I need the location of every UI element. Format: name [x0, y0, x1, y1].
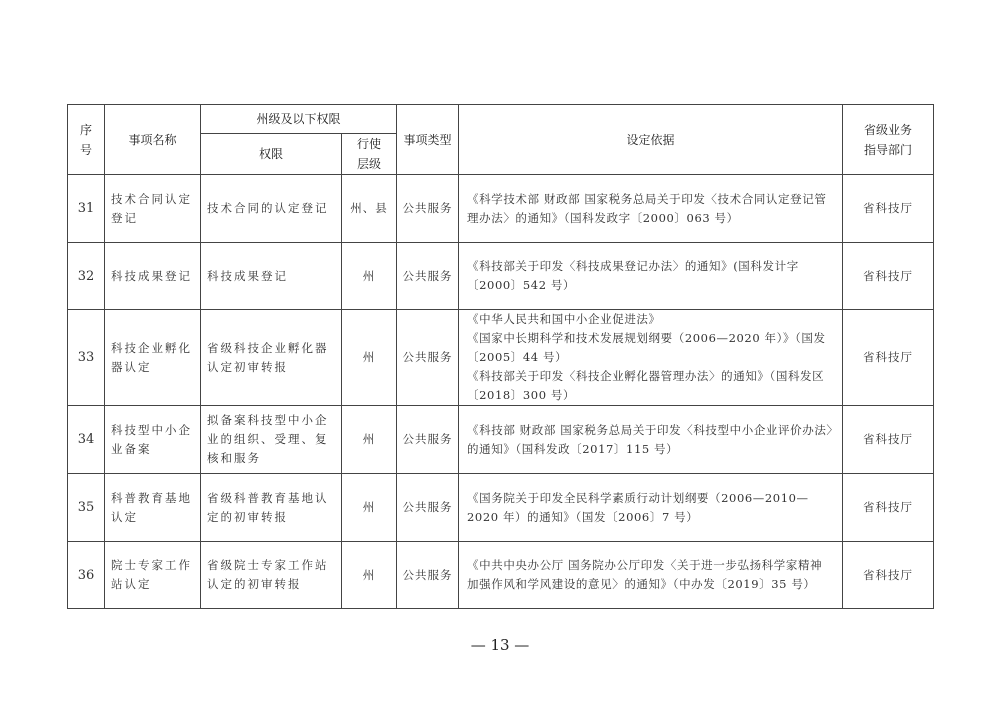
row-dept: 省科技厅	[843, 175, 934, 243]
items-table: 序 号 事项名称 州级及以下权限 事项类型 设定依据 省级业务 指导部门 权限 …	[67, 104, 934, 609]
basis-line: 《科技部 财政部 国家税务总局关于印发〈科技型中小企业评价办法〉的通知》（国科发…	[467, 421, 834, 459]
table-row: 33 科技企业孵化器认定 省级科技企业孵化器认定初审转报 州 公共服务 《中华人…	[68, 310, 934, 406]
row-dept: 省科技厅	[843, 406, 934, 474]
table-row: 35 科普教育基地认定 省级科普教育基地认定的初审转报 州 公共服务 《国务院关…	[68, 474, 934, 542]
basis-line: 《国家中长期科学和技术发展规划纲要（2006—2020 年）》（国发〔2005〕…	[467, 329, 834, 367]
row-seq: 35	[68, 474, 105, 542]
basis-line: 《科技部关于印发〈科技企业孵化器管理办法〉的通知》（国科发区〔2018〕300 …	[467, 367, 834, 405]
table-row: 32 科技成果登记 科技成果登记 州 公共服务 《科技部关于印发〈科技成果登记办…	[68, 243, 934, 310]
basis-line: 《科技部关于印发〈科技成果登记办法〉的通知》(国科发计字〔2000〕542 号）	[467, 257, 834, 295]
header-exercise-level: 行使 层级	[342, 134, 397, 175]
row-type: 公共服务	[397, 474, 459, 542]
row-item-name: 科技型中小企业备案	[105, 406, 201, 474]
header-seq: 序 号	[68, 105, 105, 175]
header-authority: 权限	[201, 134, 342, 175]
row-level: 州	[342, 406, 397, 474]
row-level: 州	[342, 542, 397, 609]
row-type: 公共服务	[397, 310, 459, 406]
row-item-name: 院士专家工作站认定	[105, 542, 201, 609]
row-basis: 《科技部关于印发〈科技成果登记办法〉的通知》(国科发计字〔2000〕542 号）	[459, 243, 843, 310]
row-basis: 《科技部 财政部 国家税务总局关于印发〈科技型中小企业评价办法〉的通知》（国科发…	[459, 406, 843, 474]
row-dept: 省科技厅	[843, 474, 934, 542]
row-type: 公共服务	[397, 243, 459, 310]
row-type: 公共服务	[397, 406, 459, 474]
row-authority: 省级科技企业孵化器认定初审转报	[201, 310, 342, 406]
row-basis: 《国务院关于印发全民科学素质行动计划纲要（2006—2010—2020 年）的通…	[459, 474, 843, 542]
basis-line: 《中共中央办公厅 国务院办公厅印发〈关于进一步弘扬科学家精神加强作风和学风建设的…	[467, 556, 834, 594]
header-item-type: 事项类型	[397, 105, 459, 175]
row-authority: 技术合同的认定登记	[201, 175, 342, 243]
basis-line: 《中华人民共和国中小企业促进法》	[467, 310, 834, 329]
page-number: — 13 —	[0, 636, 1000, 654]
row-level: 州	[342, 474, 397, 542]
row-seq: 32	[68, 243, 105, 310]
row-seq: 34	[68, 406, 105, 474]
row-authority: 省级院士专家工作站认定的初审转报	[201, 542, 342, 609]
row-item-name: 科技企业孵化器认定	[105, 310, 201, 406]
header-authority-group: 州级及以下权限	[201, 105, 397, 134]
row-item-name: 科技成果登记	[105, 243, 201, 310]
row-level: 州	[342, 243, 397, 310]
row-type: 公共服务	[397, 175, 459, 243]
table-row: 34 科技型中小企业备案 拟备案科技型中小企业的组织、受理、复核和服务 州 公共…	[68, 406, 934, 474]
row-seq: 31	[68, 175, 105, 243]
header-dept: 省级业务 指导部门	[843, 105, 934, 175]
header-level-line2: 层级	[357, 157, 381, 171]
row-level: 州	[342, 310, 397, 406]
row-authority: 科技成果登记	[201, 243, 342, 310]
row-item-name: 科普教育基地认定	[105, 474, 201, 542]
header-level-line1: 行使	[357, 137, 381, 151]
row-seq: 33	[68, 310, 105, 406]
row-dept: 省科技厅	[843, 310, 934, 406]
header-seq-line2: 号	[80, 143, 92, 157]
row-authority: 拟备案科技型中小企业的组织、受理、复核和服务	[201, 406, 342, 474]
row-dept: 省科技厅	[843, 243, 934, 310]
row-type: 公共服务	[397, 542, 459, 609]
row-dept: 省科技厅	[843, 542, 934, 609]
row-authority: 省级科普教育基地认定的初审转报	[201, 474, 342, 542]
row-basis: 《中华人民共和国中小企业促进法》 《国家中长期科学和技术发展规划纲要（2006—…	[459, 310, 843, 406]
header-dept-line1: 省级业务	[864, 123, 912, 137]
row-item-name: 技术合同认定登记	[105, 175, 201, 243]
row-seq: 36	[68, 542, 105, 609]
header-item-name: 事项名称	[105, 105, 201, 175]
table-row: 36 院士专家工作站认定 省级院士专家工作站认定的初审转报 州 公共服务 《中共…	[68, 542, 934, 609]
header-basis: 设定依据	[459, 105, 843, 175]
header-dept-line2: 指导部门	[864, 143, 912, 157]
header-seq-line1: 序	[80, 123, 92, 137]
table-row: 31 技术合同认定登记 技术合同的认定登记 州、县 公共服务 《科学技术部 财政…	[68, 175, 934, 243]
basis-line: 《科学技术部 财政部 国家税务总局关于印发〈技术合同认定登记管理办法〉的通知》（…	[467, 190, 834, 228]
row-level: 州、县	[342, 175, 397, 243]
basis-line: 《国务院关于印发全民科学素质行动计划纲要（2006—2010—2020 年）的通…	[467, 489, 834, 527]
row-basis: 《科学技术部 财政部 国家税务总局关于印发〈技术合同认定登记管理办法〉的通知》（…	[459, 175, 843, 243]
row-basis: 《中共中央办公厅 国务院办公厅印发〈关于进一步弘扬科学家精神加强作风和学风建设的…	[459, 542, 843, 609]
